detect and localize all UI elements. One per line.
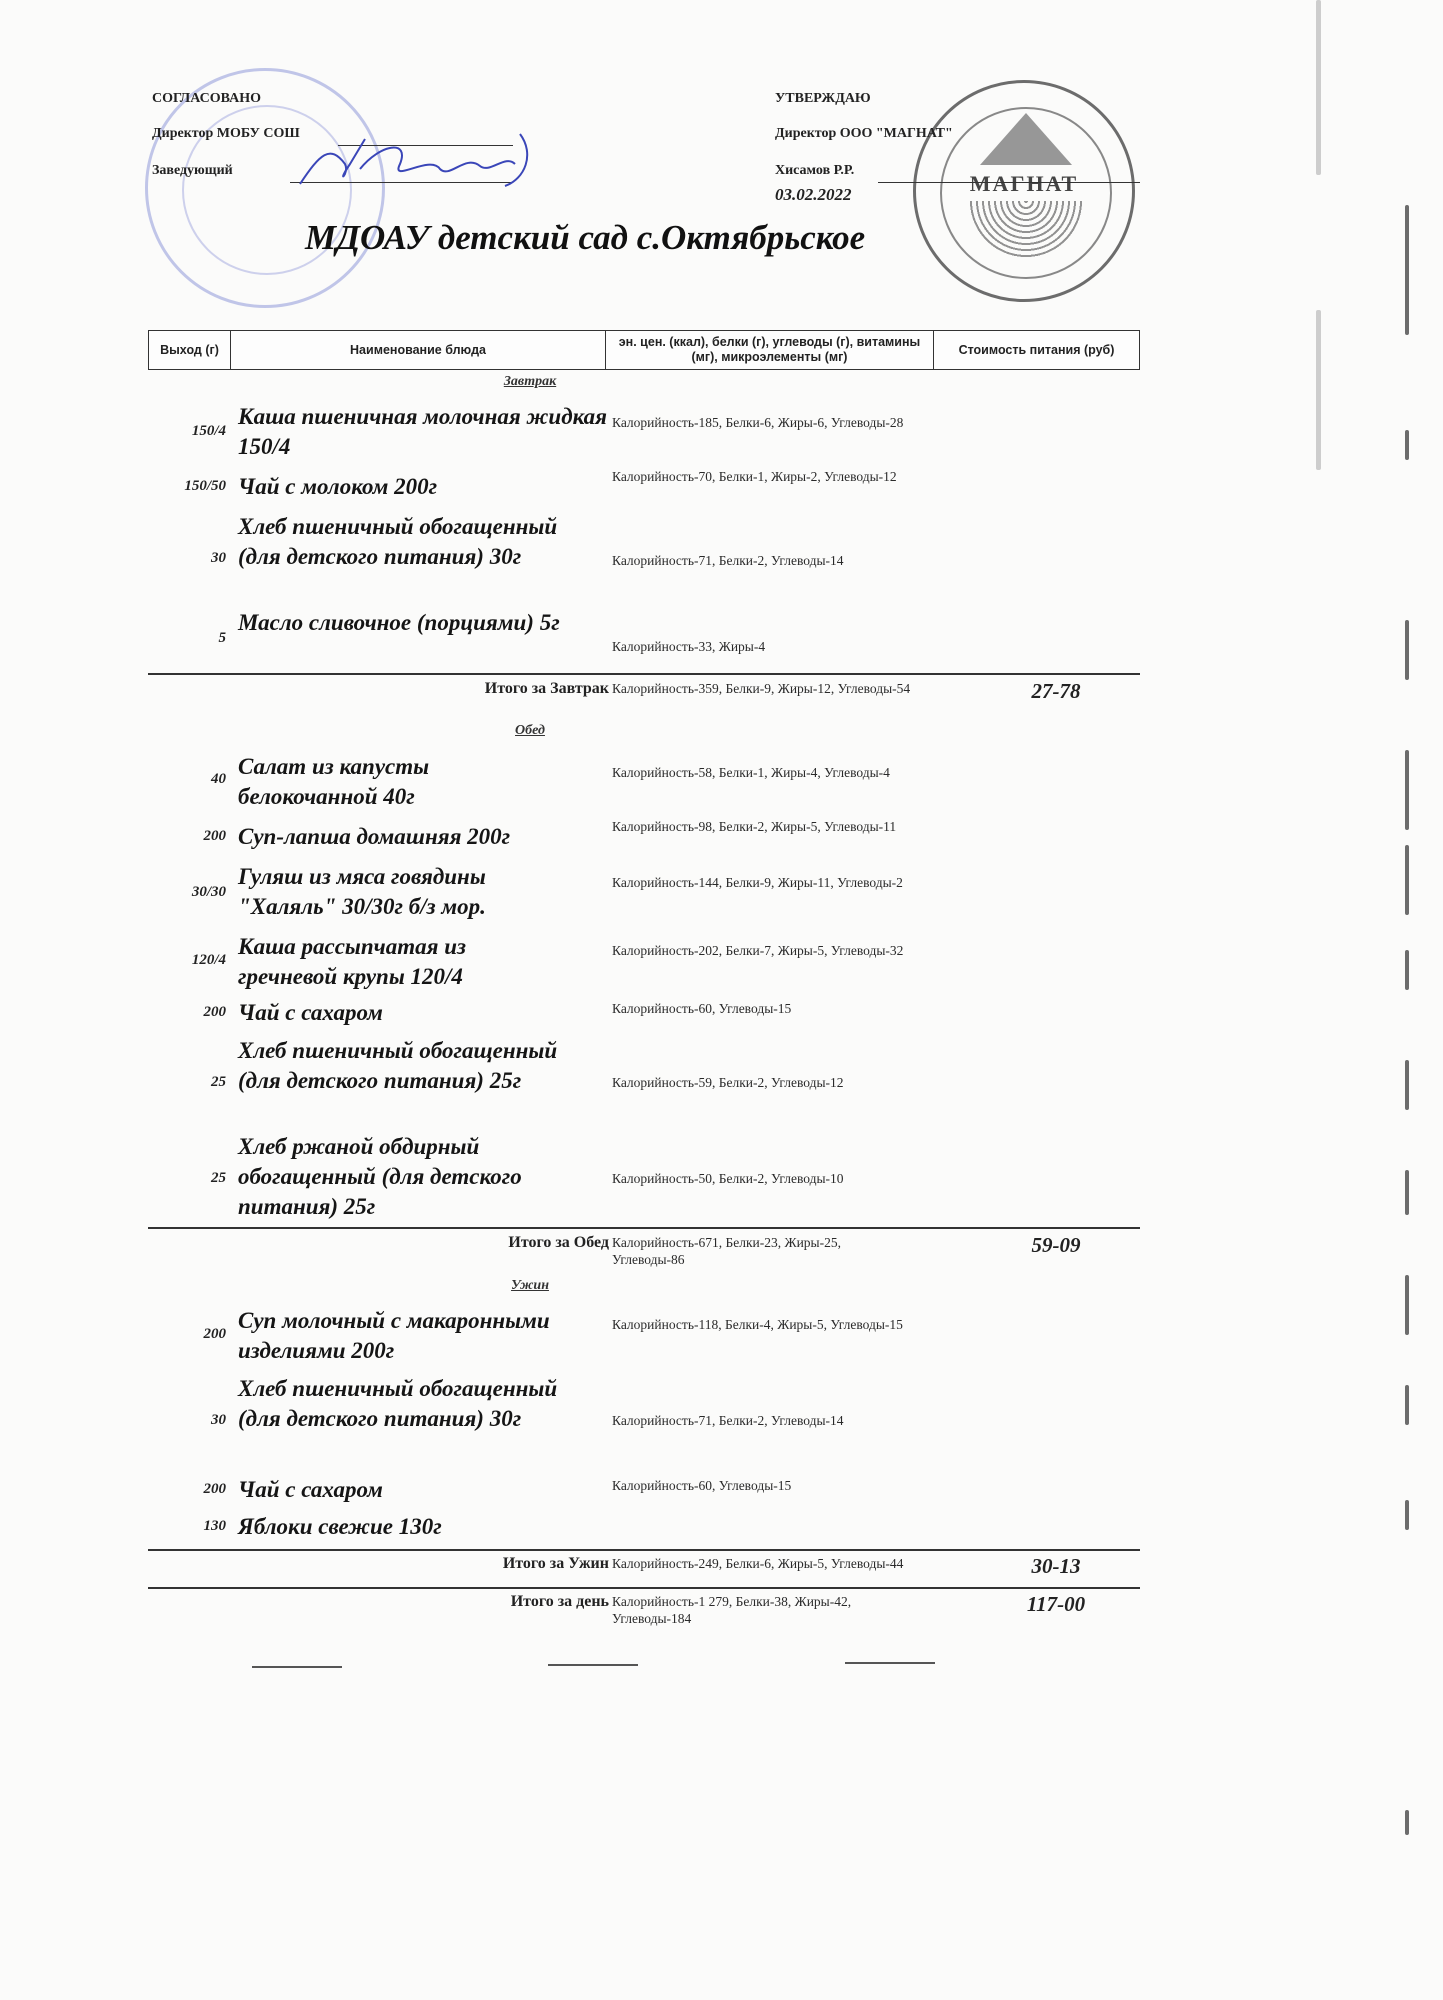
approval-date: 03.02.2022 [775, 185, 852, 205]
mountain-logo-icon [980, 113, 1072, 165]
approver-name: Хисамов Р.Р. [775, 163, 854, 179]
yield-value: 150/4 [148, 423, 226, 440]
dish-name: Яблоки свежие 130г [238, 1512, 610, 1542]
scan-artifact [1405, 950, 1409, 990]
dish-name: Суп молочный с макаронными изделиями 200… [238, 1306, 618, 1366]
position-head: Заведующий [152, 163, 233, 179]
column-header-dish: Наименование блюда [231, 331, 606, 369]
company-stamp: МАГНАТ [913, 80, 1135, 302]
scan-artifact [1316, 310, 1321, 470]
scan-artifact [1405, 430, 1409, 460]
nutrition-value: Калорийность-71, Белки-2, Углеводы-14 [612, 552, 912, 569]
dish-name: Гуляш из мяса говядины "Халяль" 30/30г б… [238, 862, 558, 922]
dish-name: Чай с молоком 200г [238, 472, 618, 502]
dish-name: Чай с сахаром [238, 1475, 610, 1505]
dish-name: Каша пшеничная молочная жидкая 150/4 [238, 402, 610, 462]
yield-value: 25 [148, 1170, 226, 1187]
total-label: Итого за Обед [508, 1234, 609, 1252]
position-director-company: Директор ООО "МАГНАТ" [775, 126, 953, 142]
footer-signature-line-2 [548, 1664, 638, 1666]
scan-artifact [1405, 205, 1409, 335]
yield-value: 25 [148, 1074, 226, 1091]
yield-value: 120/4 [148, 952, 226, 969]
dish-name: Суп-лапша домашняя 200г [238, 822, 618, 852]
handwritten-signature-icon [290, 124, 560, 194]
signature-line-3 [878, 182, 1140, 183]
total-cost: 59-09 [1006, 1233, 1106, 1258]
scan-artifact [1405, 1810, 1409, 1835]
yield-value: 150/50 [148, 478, 226, 495]
dish-name: Хлеб пшеничный обогащенный (для детского… [238, 1374, 583, 1434]
yield-value: 30 [148, 1412, 226, 1429]
yield-value: 5 [148, 630, 226, 647]
column-header-cost: Стоимость питания (руб) [934, 331, 1139, 369]
divider [148, 1227, 1140, 1229]
scan-artifact [1405, 750, 1409, 830]
stamp-pattern-icon [968, 201, 1084, 259]
dish-name: Хлеб пшеничный обогащенный (для детского… [238, 1036, 583, 1096]
nutrition-value: Калорийность-71, Белки-2, Углеводы-14 [612, 1412, 912, 1429]
scan-artifact [1405, 845, 1409, 915]
total-cost: 117-00 [1006, 1592, 1106, 1617]
dish-name: Масло сливочное (порциями) 5г [238, 608, 610, 638]
section-title-breakfast: Завтрак [430, 374, 630, 390]
nutrition-value: Калорийность-33, Жиры-4 [612, 638, 912, 655]
scan-artifact [1405, 1170, 1409, 1215]
nutrition-value: Калорийность-60, Углеводы-15 [612, 1000, 912, 1017]
total-cost: 27-78 [1006, 679, 1106, 704]
dish-name: Салат из капусты белокочанной 40г [238, 752, 538, 812]
total-cost: 30-13 [1006, 1554, 1106, 1579]
yield-value: 30 [148, 550, 226, 567]
yield-value: 40 [148, 771, 226, 788]
scan-artifact [1405, 1060, 1409, 1110]
total-nutrition: Калорийность-249, Белки-6, Жиры-5, Углев… [612, 1555, 912, 1572]
scan-artifact [1405, 1275, 1409, 1335]
nutrition-value: Калорийность-144, Белки-9, Жиры-11, Угле… [612, 874, 912, 891]
approved-label-left: СОГЛАСОВАНО [152, 91, 261, 107]
total-label: Итого за Завтрак [485, 680, 609, 698]
total-nutrition: Калорийность-1 279, Белки-38, Жиры-42, У… [612, 1593, 912, 1627]
nutrition-value: Калорийность-59, Белки-2, Углеводы-12 [612, 1074, 912, 1091]
total-nutrition: Калорийность-671, Белки-23, Жиры-25, Угл… [612, 1234, 912, 1268]
nutrition-value: Калорийность-202, Белки-7, Жиры-5, Углев… [612, 942, 912, 959]
dish-name: Чай с сахаром [238, 998, 610, 1028]
divider [148, 1587, 1140, 1589]
column-header-nutrition: эн. цен. (ккал), белки (г), углеводы (г)… [606, 331, 934, 369]
nutrition-value: Калорийность-70, Белки-1, Жиры-2, Углево… [612, 468, 912, 485]
footer-signature-line-3 [845, 1662, 935, 1664]
nutrition-value: Калорийность-98, Белки-2, Жиры-5, Углево… [612, 818, 912, 835]
column-header-yield: Выход (г) [149, 331, 231, 369]
position-director-school: Директор МОБУ СОШ [152, 126, 300, 142]
yield-value: 130 [148, 1518, 226, 1535]
yield-value: 200 [148, 1326, 226, 1343]
total-nutrition: Калорийность-359, Белки-9, Жиры-12, Угле… [612, 680, 912, 697]
yield-value: 200 [148, 1004, 226, 1021]
scan-artifact [1405, 620, 1409, 680]
page-title: МДОАУ детский сад с.Октябрьское [305, 218, 865, 258]
dish-name: Хлеб ржаной обдирный обогащенный (для де… [238, 1132, 583, 1222]
nutrition-value: Калорийность-118, Белки-4, Жиры-5, Углев… [612, 1316, 912, 1333]
scan-artifact [1405, 1500, 1409, 1530]
footer-signature-line-1 [252, 1666, 342, 1668]
divider [148, 1549, 1140, 1551]
section-title-lunch: Обед [430, 723, 630, 739]
nutrition-value: Калорийность-50, Белки-2, Углеводы-10 [612, 1170, 912, 1187]
approved-label-right: УТВЕРЖДАЮ [775, 91, 871, 107]
scan-artifact [1405, 1385, 1409, 1425]
stamp-brand: МАГНАТ [916, 171, 1132, 197]
yield-value: 30/30 [148, 884, 226, 901]
nutrition-value: Калорийность-60, Углеводы-15 [612, 1477, 912, 1494]
yield-value: 200 [148, 828, 226, 845]
dish-name: Хлеб пшеничный обогащенный (для детского… [238, 512, 583, 572]
table-header: Выход (г) Наименование блюда эн. цен. (к… [148, 330, 1140, 370]
total-label: Итого за день [511, 1593, 609, 1611]
section-title-dinner: Ужин [430, 1278, 630, 1294]
total-label: Итого за Ужин [503, 1555, 609, 1573]
scan-artifact [1316, 0, 1321, 175]
yield-value: 200 [148, 1481, 226, 1498]
dish-name: Каша рассыпчатая из гречневой крупы 120/… [238, 932, 538, 992]
nutrition-value: Калорийность-185, Белки-6, Жиры-6, Углев… [612, 414, 912, 431]
divider [148, 673, 1140, 675]
nutrition-value: Калорийность-58, Белки-1, Жиры-4, Углево… [612, 764, 912, 781]
